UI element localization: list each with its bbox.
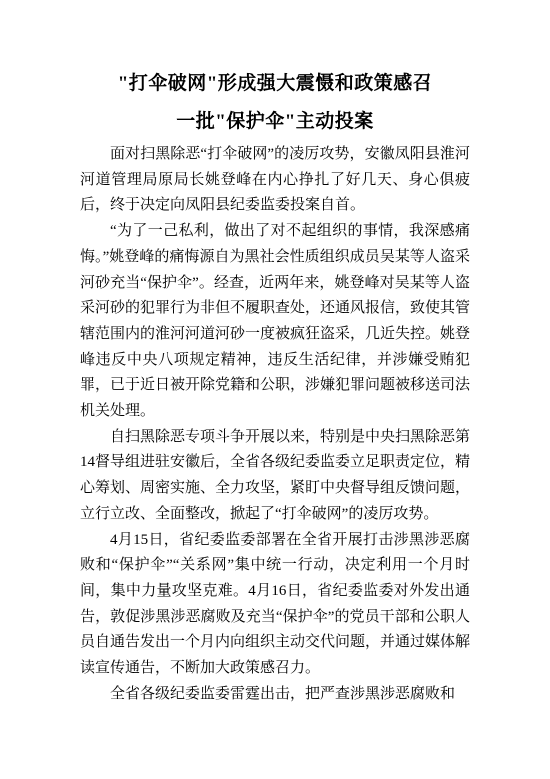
paragraph-3: 自扫黑除恶专项斗争开展以来，特别是中央扫黑除恶第14督导组进驻安徽后，全省各级纪… [80, 425, 470, 528]
document-body: 面对扫黑除恶“打伞破网”的凌厉攻势，安徽凤阳县淮河河道管理局原局长姚登峰在内心挣… [80, 142, 470, 707]
title-line-2: 一批"保护伞"主动投案 [0, 103, 550, 141]
paragraph-2: “为了一己私利，做出了对不起组织的事情，我深感痛悔。”姚登峰的痛悔源自为黑社会性… [80, 219, 470, 425]
paragraph-1: 面对扫黑除恶“打伞破网”的凌厉攻势，安徽凤阳县淮河河道管理局原局长姚登峰在内心挣… [80, 142, 470, 219]
document-title: "打伞破网"形成强大震慑和政策感召 一批"保护伞"主动投案 [0, 0, 550, 141]
paragraph-5: 全省各级纪委监委雷霆出击，把严查涉黑涉恶腐败和 [80, 682, 470, 708]
paragraph-4: 4月15日，省纪委监委部署在全省开展打击涉黑涉恶腐败和“保护伞”“关系网”集中统… [80, 528, 470, 682]
title-line-1: "打伞破网"形成强大震慑和政策感召 [0, 65, 550, 103]
document-page: "打伞破网"形成强大震慑和政策感召 一批"保护伞"主动投案 面对扫黑除恶“打伞破… [0, 0, 550, 779]
